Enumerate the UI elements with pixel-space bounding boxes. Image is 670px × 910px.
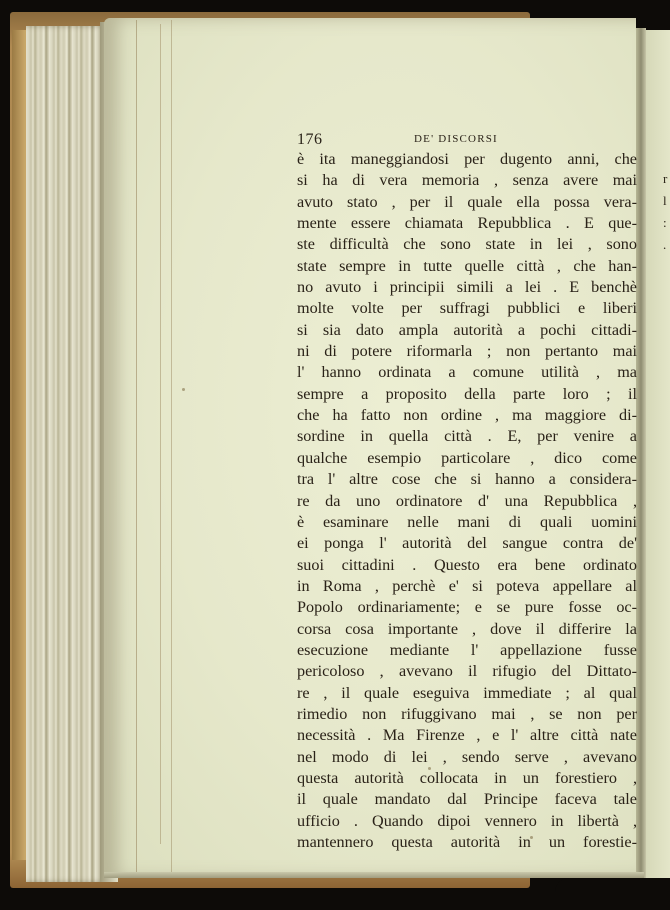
running-title: DE' DISCORSI <box>414 133 498 145</box>
text-line: re da uno ordinatore d' una Repubblica , <box>297 491 637 512</box>
text-line: rimedio non rifuggivano mai , se non per <box>297 704 637 725</box>
text-line: qualche esempio particolare , dico come <box>297 448 637 469</box>
text-line: sordine in quella città . E, per venire … <box>297 426 637 447</box>
text-line: esecuzione mediante l' appellazione fuss… <box>297 640 637 661</box>
text-line: state sempre in tutte quelle città , che… <box>297 256 637 277</box>
facing-page-text-fragment: r l : . <box>663 168 670 278</box>
page-number: 176 <box>297 131 323 149</box>
text-line: Popolo ordinariamente; e se pure fosse o… <box>297 597 637 618</box>
text-line: ste difficultà che sono state in lei , s… <box>297 234 637 255</box>
text-line: suoi cittadini . Questo era bene ordinat… <box>297 555 637 576</box>
foxing-spot <box>182 388 185 391</box>
facing-mark: r <box>663 168 670 190</box>
text-line: è ita maneggiandosi per dugento anni, ch… <box>297 149 637 170</box>
text-line: re , il quale eseguiva immediate ; al qu… <box>297 683 637 704</box>
text-line: in Roma , perchè e' si poteva appellare … <box>297 576 637 597</box>
text-line: si sia dato ampla autorità a pochi citta… <box>297 320 637 341</box>
text-line: sempre a proposito della parte loro ; il <box>297 384 637 405</box>
text-line: è esaminare nelle mani di quali uomini <box>297 512 637 533</box>
text-line: corsa cosa importante , dove il differir… <box>297 619 637 640</box>
deckle-edge-lines <box>136 20 172 872</box>
text-line: ufficio . Quando dipoi vennero in libert… <box>297 811 637 832</box>
recto-page-edge <box>646 30 670 878</box>
text-line: che ha fatto non ordine , ma maggiore di… <box>297 405 637 426</box>
text-line: il quale mandato dal Principe faceva tal… <box>297 789 637 810</box>
text-line: l' hanno ordinata a comune utilità , ma <box>297 362 637 383</box>
text-line: necessità . Ma Firenze , e l' altre citt… <box>297 725 637 746</box>
text-line: pericoloso , avevano il rifugio del Ditt… <box>297 661 637 682</box>
text-line: questa autorità collocata in un forestie… <box>297 768 637 789</box>
running-head: 176 DE' DISCORSI <box>297 131 645 149</box>
deckle-edge-line <box>160 24 163 844</box>
text-line: molte volte per suffragi pubblici e libe… <box>297 298 637 319</box>
book-scan: r l : . 176 DE' DISCORSI è ita maneggian… <box>0 0 670 910</box>
page-text-block: 176 DE' DISCORSI è ita maneggiandosi per… <box>297 131 645 853</box>
text-line: si ha di vera memoria , senza avere mai <box>297 170 637 191</box>
text-line: ni di potere riformarla ; non pertanto m… <box>297 341 637 362</box>
text-line: mente essere chiamata Repubblica . E que… <box>297 213 637 234</box>
facing-mark: l <box>663 190 670 212</box>
text-line: no avuto i principii simili a lei . E be… <box>297 277 637 298</box>
page-bottom-edge <box>104 872 644 878</box>
page-stack-fore-edge <box>26 26 106 882</box>
background-shadow <box>555 878 670 910</box>
text-line: nel modo di lei , sendo serve , avevano <box>297 747 637 768</box>
text-line: ei ponga l' autorità del sangue contra d… <box>297 533 637 554</box>
facing-mark: . <box>663 234 670 256</box>
text-line: mantennero questa autorità in un foresti… <box>297 832 637 853</box>
text-line: avuto stato , per il quale ella possa ve… <box>297 192 637 213</box>
facing-mark: : <box>663 212 670 234</box>
text-line: tra l' altre cose che si hanno a conside… <box>297 469 637 490</box>
